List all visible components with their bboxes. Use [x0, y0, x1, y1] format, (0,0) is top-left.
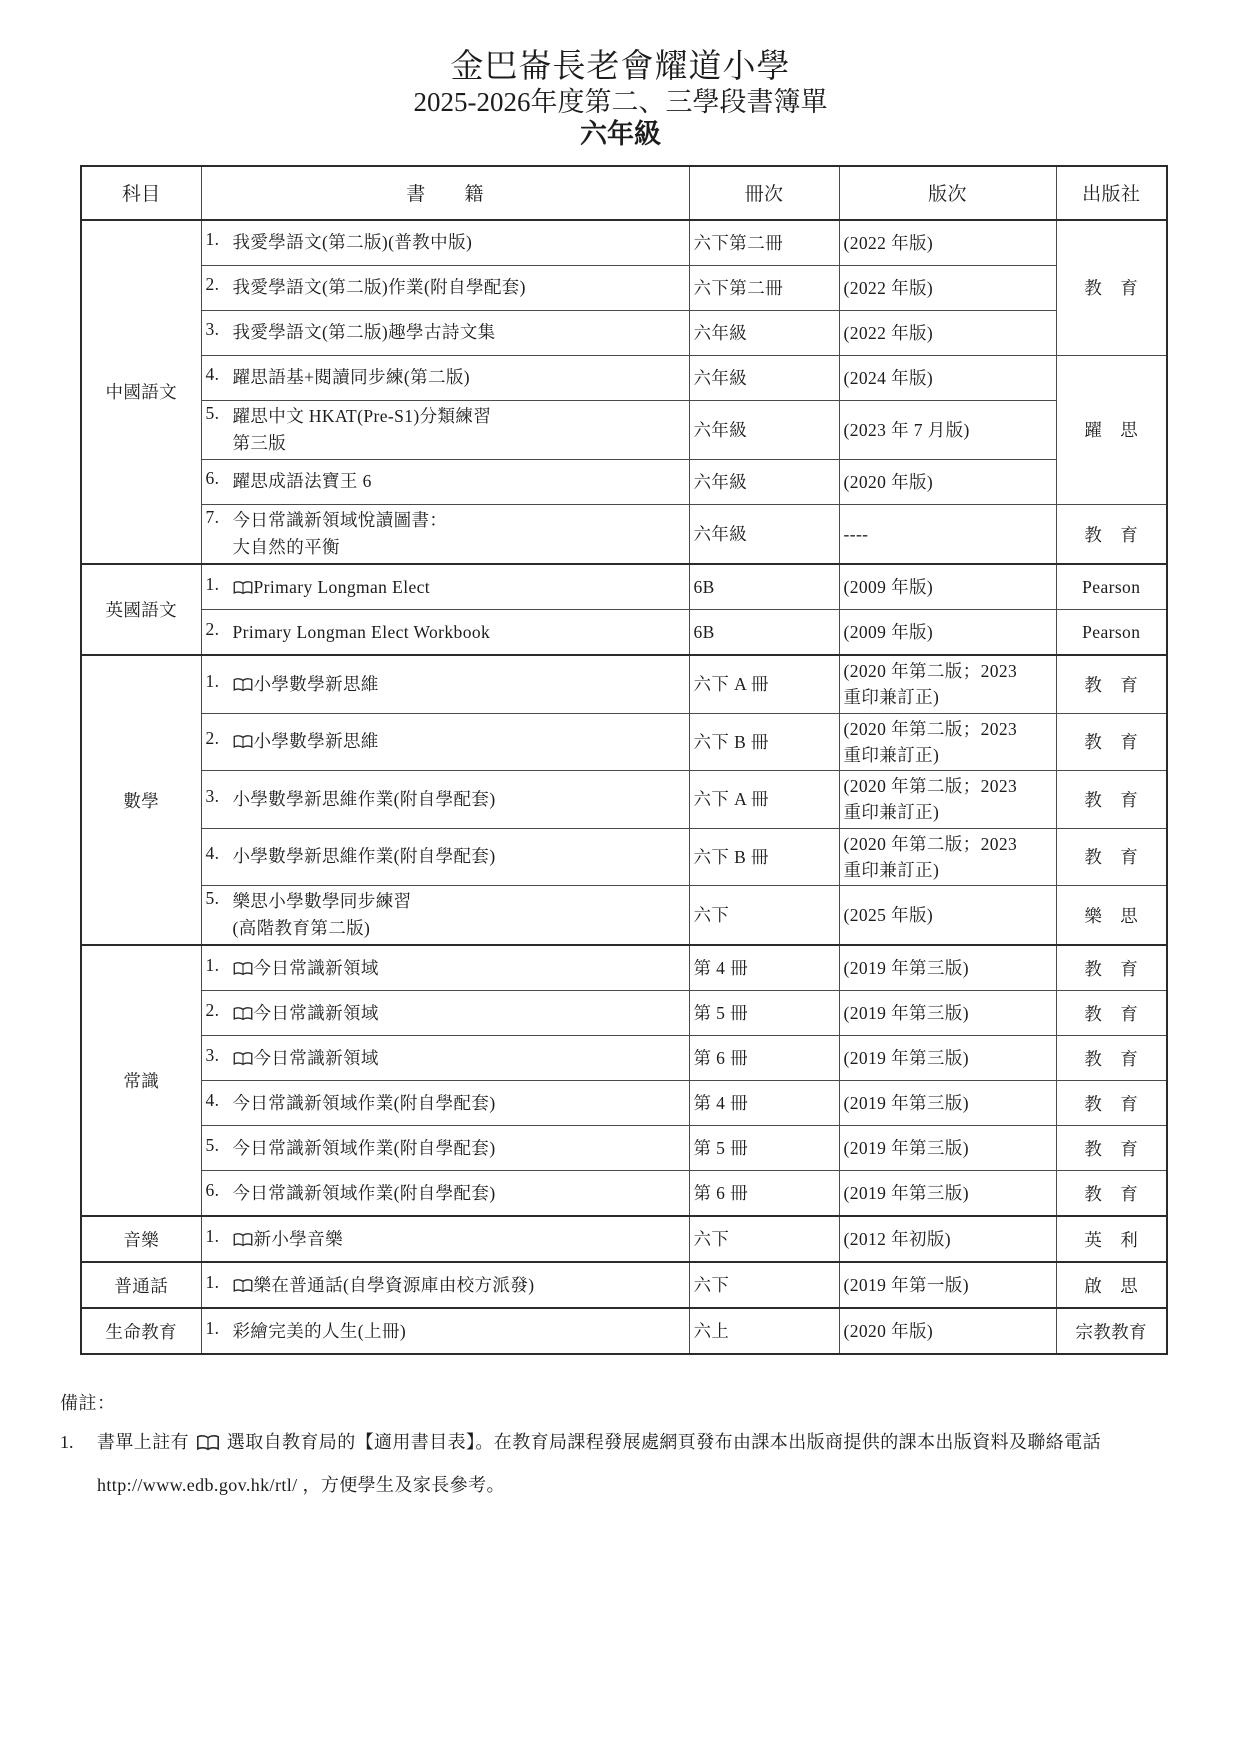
subject-cell: 數學: [81, 655, 201, 945]
book-title: 躍思中文 HKAT(Pre-S1)分類練習第三版: [233, 403, 685, 457]
note-item: 1.書單上註有 選取自教育局的【適用書目表】。在教育局課程發展處網頁發布由課本出…: [60, 1421, 1182, 1506]
edition-cell: (2020 年版): [839, 1308, 1056, 1354]
book-number: 2.: [206, 274, 233, 301]
publisher-cell: 教 育: [1056, 991, 1167, 1036]
book-cell: 1.彩繪完美的人生(上冊): [201, 1308, 689, 1354]
volume-cell: 六下 A 冊: [689, 771, 839, 829]
open-book-icon: [233, 1275, 254, 1295]
book-title: 新小學音樂: [233, 1226, 685, 1253]
book-cell: 5.樂思小學數學同步練習(高階教育第二版): [201, 886, 689, 946]
book-cell: 1.樂在普通話(自學資源庫由校方派發): [201, 1262, 689, 1308]
booklist-table-body: 中國語文1.我愛學語文(第二版)(普教中版)六下第二冊(2022 年版)教 育2…: [81, 220, 1167, 1355]
volume-cell: 第 5 冊: [689, 991, 839, 1036]
edition-cell: (2022 年版): [839, 265, 1056, 310]
open-book-icon: [233, 731, 254, 751]
open-book-icon: [194, 1432, 222, 1452]
book-cell: 2.今日常識新領域: [201, 991, 689, 1036]
notes-section: 備註： 1.書單上註有 選取自教育局的【適用書目表】。在教育局課程發展處網頁發布…: [60, 1389, 1182, 1506]
open-book-icon: [233, 1003, 254, 1023]
open-book-icon: [233, 674, 254, 694]
book-cell: 2.小學數學新思維: [201, 713, 689, 771]
book-title: 我愛學語文(第二版)趣學古詩文集: [233, 319, 685, 346]
edition-cell: (2019 年第三版): [839, 1126, 1056, 1171]
publisher-cell: 教 育: [1056, 220, 1167, 356]
edition-cell: (2020 年第二版；2023重印兼訂正): [839, 828, 1056, 886]
note-number: 1.: [60, 1421, 97, 1506]
volume-cell: 第 5 冊: [689, 1126, 839, 1171]
open-book-icon: [233, 958, 254, 978]
volume-cell: 第 4 冊: [689, 1081, 839, 1126]
book-row: 6.今日常識新領域作業(附自學配套)第 6 冊(2019 年第三版)教 育: [81, 1171, 1167, 1217]
book-cell: 2.我愛學語文(第二版)作業(附自學配套): [201, 265, 689, 310]
publisher-cell: 教 育: [1056, 1171, 1167, 1217]
book-row: 4.躍思語基+閱讀同步練(第二版)六年級(2024 年版)躍 思: [81, 355, 1167, 400]
book-cell: 1.我愛學語文(第二版)(普教中版): [201, 220, 689, 266]
book-number: 7.: [206, 507, 233, 561]
book-title: 小學數學新思維: [233, 728, 685, 755]
book-title: 小學數學新思維: [233, 671, 685, 698]
book-row: 7.今日常識新領域悅讀圖書：大自然的平衡六年級----教 育: [81, 504, 1167, 564]
book-cell: 3.小學數學新思維作業(附自學配套): [201, 771, 689, 829]
book-row: 英國語文1.Primary Longman Elect6B(2009 年版)Pe…: [81, 564, 1167, 610]
volume-cell: 六年級: [689, 310, 839, 355]
book-title: 小學數學新思維作業(附自學配套): [233, 786, 685, 813]
book-row: 3.我愛學語文(第二版)趣學古詩文集六年級(2022 年版): [81, 310, 1167, 355]
book-title: Primary Longman Elect: [233, 574, 685, 601]
book-number: 5.: [206, 1135, 233, 1162]
notes-items: 1.書單上註有 選取自教育局的【適用書目表】。在教育局課程發展處網頁發布由課本出…: [60, 1421, 1182, 1506]
book-title: 樂在普通話(自學資源庫由校方派發): [233, 1272, 685, 1299]
subject-cell: 普通話: [81, 1262, 201, 1308]
book-title: 樂思小學數學同步練習(高階教育第二版): [233, 888, 685, 942]
volume-cell: 六年級: [689, 400, 839, 459]
edition-cell: (2022 年版): [839, 220, 1056, 266]
volume-cell: 第 6 冊: [689, 1036, 839, 1081]
edition-cell: (2009 年版): [839, 610, 1056, 656]
col-header-volume: 冊次: [689, 166, 839, 220]
edition-cell: (2024 年版): [839, 355, 1056, 400]
publisher-cell: 教 育: [1056, 1126, 1167, 1171]
publisher-cell: 教 育: [1056, 1036, 1167, 1081]
book-row: 2.小學數學新思維六下 B 冊(2020 年第二版；2023重印兼訂正)教 育: [81, 713, 1167, 771]
volume-cell: 六下: [689, 886, 839, 946]
subject-cell: 音樂: [81, 1216, 201, 1262]
book-number: 4.: [206, 843, 233, 870]
book-row: 常識1.今日常識新領域第 4 冊(2019 年第三版)教 育: [81, 945, 1167, 991]
book-row: 數學1.小學數學新思維六下 A 冊(2020 年第二版；2023重印兼訂正)教 …: [81, 655, 1167, 713]
book-number: 1.: [206, 574, 233, 601]
book-title: Primary Longman Elect Workbook: [233, 619, 685, 646]
booklist-table: 科目 書 籍 冊次 版次 出版社 中國語文1.我愛學語文(第二版)(普教中版)六…: [80, 165, 1168, 1356]
grade-title: 六年級: [0, 119, 1241, 151]
book-row: 2.今日常識新領域第 5 冊(2019 年第三版)教 育: [81, 991, 1167, 1036]
book-title: 躍思語基+閱讀同步練(第二版): [233, 364, 685, 391]
edition-cell: (2022 年版): [839, 310, 1056, 355]
book-row: 5.今日常識新領域作業(附自學配套)第 5 冊(2019 年第三版)教 育: [81, 1126, 1167, 1171]
subject-cell: 常識: [81, 945, 201, 1216]
book-cell: 1.今日常識新領域: [201, 945, 689, 991]
volume-cell: 第 6 冊: [689, 1171, 839, 1217]
book-row: 普通話1.樂在普通話(自學資源庫由校方派發)六下(2019 年第一版)啟 思: [81, 1262, 1167, 1308]
col-header-edition: 版次: [839, 166, 1056, 220]
publisher-cell: 教 育: [1056, 713, 1167, 771]
book-cell: 4.躍思語基+閱讀同步練(第二版): [201, 355, 689, 400]
book-row: 生命教育1.彩繪完美的人生(上冊)六上(2020 年版)宗教教育: [81, 1308, 1167, 1354]
book-title: 今日常識新領域悅讀圖書：大自然的平衡: [233, 507, 685, 561]
book-cell: 1.新小學音樂: [201, 1216, 689, 1262]
book-title: 今日常識新領域: [233, 1045, 685, 1072]
book-number: 6.: [206, 468, 233, 495]
edition-cell: (2020 年第二版；2023重印兼訂正): [839, 771, 1056, 829]
volume-cell: 6B: [689, 610, 839, 656]
book-cell: 1.小學數學新思維: [201, 655, 689, 713]
book-cell: 5.今日常識新領域作業(附自學配套): [201, 1126, 689, 1171]
table-header-row: 科目 書 籍 冊次 版次 出版社: [81, 166, 1167, 220]
book-title: 今日常識新領域: [233, 955, 685, 982]
open-book-icon: [233, 1229, 254, 1249]
table-container: 科目 書 籍 冊次 版次 出版社 中國語文1.我愛學語文(第二版)(普教中版)六…: [80, 165, 1241, 1356]
book-number: 1.: [206, 1272, 233, 1299]
book-number: 3.: [206, 1045, 233, 1072]
book-number: 1.: [206, 955, 233, 982]
book-number: 2.: [206, 619, 233, 646]
subject-cell: 英國語文: [81, 564, 201, 655]
volume-cell: 六下: [689, 1216, 839, 1262]
publisher-cell: 啟 思: [1056, 1262, 1167, 1308]
book-cell: 1.Primary Longman Elect: [201, 564, 689, 610]
volume-cell: 六下第二冊: [689, 220, 839, 266]
book-row: 6.躍思成語法寶王 6六年級(2020 年版): [81, 459, 1167, 504]
volume-cell: 六年級: [689, 459, 839, 504]
edition-cell: (2019 年第一版): [839, 1262, 1056, 1308]
publisher-cell: Pearson: [1056, 610, 1167, 656]
note-text: 書單上註有 選取自教育局的【適用書目表】。在教育局課程發展處網頁發布由課本出版商…: [97, 1421, 1182, 1506]
book-number: 1.: [206, 1318, 233, 1345]
volume-cell: 6B: [689, 564, 839, 610]
book-number: 6.: [206, 1180, 233, 1207]
volume-cell: 六下 B 冊: [689, 713, 839, 771]
book-title: 今日常識新領域作業(附自學配套): [233, 1180, 685, 1207]
book-cell: 4.小學數學新思維作業(附自學配套): [201, 828, 689, 886]
book-cell: 5.躍思中文 HKAT(Pre-S1)分類練習第三版: [201, 400, 689, 459]
book-cell: 7.今日常識新領域悅讀圖書：大自然的平衡: [201, 504, 689, 564]
book-cell: 3.今日常識新領域: [201, 1036, 689, 1081]
book-number: 2.: [206, 1000, 233, 1027]
volume-cell: 六下第二冊: [689, 265, 839, 310]
publisher-cell: 教 育: [1056, 771, 1167, 829]
book-number: 4.: [206, 1090, 233, 1117]
publisher-cell: 樂 思: [1056, 886, 1167, 946]
book-row: 5.樂思小學數學同步練習(高階教育第二版)六下(2025 年版)樂 思: [81, 886, 1167, 946]
book-row: 4.小學數學新思維作業(附自學配套)六下 B 冊(2020 年第二版；2023重…: [81, 828, 1167, 886]
book-row: 2.Primary Longman Elect Workbook6B(2009 …: [81, 610, 1167, 656]
book-cell: 6.今日常識新領域作業(附自學配套): [201, 1171, 689, 1217]
edition-cell: (2019 年第三版): [839, 991, 1056, 1036]
book-cell: 4.今日常識新領域作業(附自學配套): [201, 1081, 689, 1126]
edition-cell: (2020 年第二版；2023重印兼訂正): [839, 655, 1056, 713]
book-title: 彩繪完美的人生(上冊): [233, 1318, 685, 1345]
edition-cell: (2020 年版): [839, 459, 1056, 504]
book-number: 1.: [206, 1226, 233, 1253]
volume-cell: 六下 A 冊: [689, 655, 839, 713]
book-title: 小學數學新思維作業(附自學配套): [233, 843, 685, 870]
book-number: 2.: [206, 728, 233, 755]
book-title: 我愛學語文(第二版)(普教中版): [233, 229, 685, 256]
volume-cell: 六下: [689, 1262, 839, 1308]
book-title: 躍思成語法寶王 6: [233, 468, 685, 495]
publisher-cell: 教 育: [1056, 1081, 1167, 1126]
book-number: 3.: [206, 319, 233, 346]
subject-cell: 生命教育: [81, 1308, 201, 1354]
book-title: 今日常識新領域作業(附自學配套): [233, 1090, 685, 1117]
booklist-page: 金巴崙長老會耀道小學 2025-2026年度第二、三學段書簿單 六年級 科目 書…: [0, 0, 1241, 1755]
publisher-cell: 英 利: [1056, 1216, 1167, 1262]
book-title: 我愛學語文(第二版)作業(附自學配套): [233, 274, 685, 301]
book-title: 今日常識新領域作業(附自學配套): [233, 1135, 685, 1162]
publisher-cell: 教 育: [1056, 945, 1167, 991]
book-cell: 2.Primary Longman Elect Workbook: [201, 610, 689, 656]
book-number: 1.: [206, 229, 233, 256]
publisher-cell: 教 育: [1056, 655, 1167, 713]
edition-cell: (2019 年第三版): [839, 1036, 1056, 1081]
book-row: 3.小學數學新思維作業(附自學配套)六下 A 冊(2020 年第二版；2023重…: [81, 771, 1167, 829]
book-cell: 6.躍思成語法寶王 6: [201, 459, 689, 504]
subject-cell: 中國語文: [81, 220, 201, 565]
book-row: 中國語文1.我愛學語文(第二版)(普教中版)六下第二冊(2022 年版)教 育: [81, 220, 1167, 266]
book-title: 今日常識新領域: [233, 1000, 685, 1027]
open-book-icon: [233, 1048, 254, 1068]
edition-cell: (2019 年第三版): [839, 1081, 1056, 1126]
book-row: 3.今日常識新領域第 6 冊(2019 年第三版)教 育: [81, 1036, 1167, 1081]
edition-cell: (2020 年第二版；2023重印兼訂正): [839, 713, 1056, 771]
book-row: 音樂1.新小學音樂六下(2012 年初版)英 利: [81, 1216, 1167, 1262]
publisher-cell: Pearson: [1056, 564, 1167, 610]
page-header: 金巴崙長老會耀道小學 2025-2026年度第二、三學段書簿單 六年級: [0, 0, 1241, 151]
edition-cell: (2012 年初版): [839, 1216, 1056, 1262]
book-number: 3.: [206, 786, 233, 813]
volume-cell: 六上: [689, 1308, 839, 1354]
col-header-publisher: 出版社: [1056, 166, 1167, 220]
book-number: 4.: [206, 364, 233, 391]
book-row: 4.今日常識新領域作業(附自學配套)第 4 冊(2019 年第三版)教 育: [81, 1081, 1167, 1126]
volume-cell: 第 4 冊: [689, 945, 839, 991]
book-number: 1.: [206, 671, 233, 698]
edition-cell: (2019 年第三版): [839, 1171, 1056, 1217]
page-subtitle: 2025-2026年度第二、三學段書簿單: [0, 87, 1241, 119]
book-number: 5.: [206, 403, 233, 457]
publisher-cell: 躍 思: [1056, 355, 1167, 504]
edition-cell: (2009 年版): [839, 564, 1056, 610]
edition-cell: (2019 年第三版): [839, 945, 1056, 991]
volume-cell: 六下 B 冊: [689, 828, 839, 886]
book-row: 2.我愛學語文(第二版)作業(附自學配套)六下第二冊(2022 年版): [81, 265, 1167, 310]
book-cell: 3.我愛學語文(第二版)趣學古詩文集: [201, 310, 689, 355]
open-book-icon: [233, 577, 254, 597]
book-row: 5.躍思中文 HKAT(Pre-S1)分類練習第三版六年級(2023 年 7 月…: [81, 400, 1167, 459]
publisher-cell: 宗教教育: [1056, 1308, 1167, 1354]
col-header-books: 書 籍: [201, 166, 689, 220]
volume-cell: 六年級: [689, 504, 839, 564]
col-header-subject: 科目: [81, 166, 201, 220]
edition-cell: ----: [839, 504, 1056, 564]
publisher-cell: 教 育: [1056, 504, 1167, 564]
volume-cell: 六年級: [689, 355, 839, 400]
school-name: 金巴崙長老會耀道小學: [0, 48, 1241, 87]
notes-label: 備註：: [60, 1389, 1182, 1415]
edition-cell: (2025 年版): [839, 886, 1056, 946]
publisher-cell: 教 育: [1056, 828, 1167, 886]
book-number: 5.: [206, 888, 233, 942]
edition-cell: (2023 年 7 月版): [839, 400, 1056, 459]
